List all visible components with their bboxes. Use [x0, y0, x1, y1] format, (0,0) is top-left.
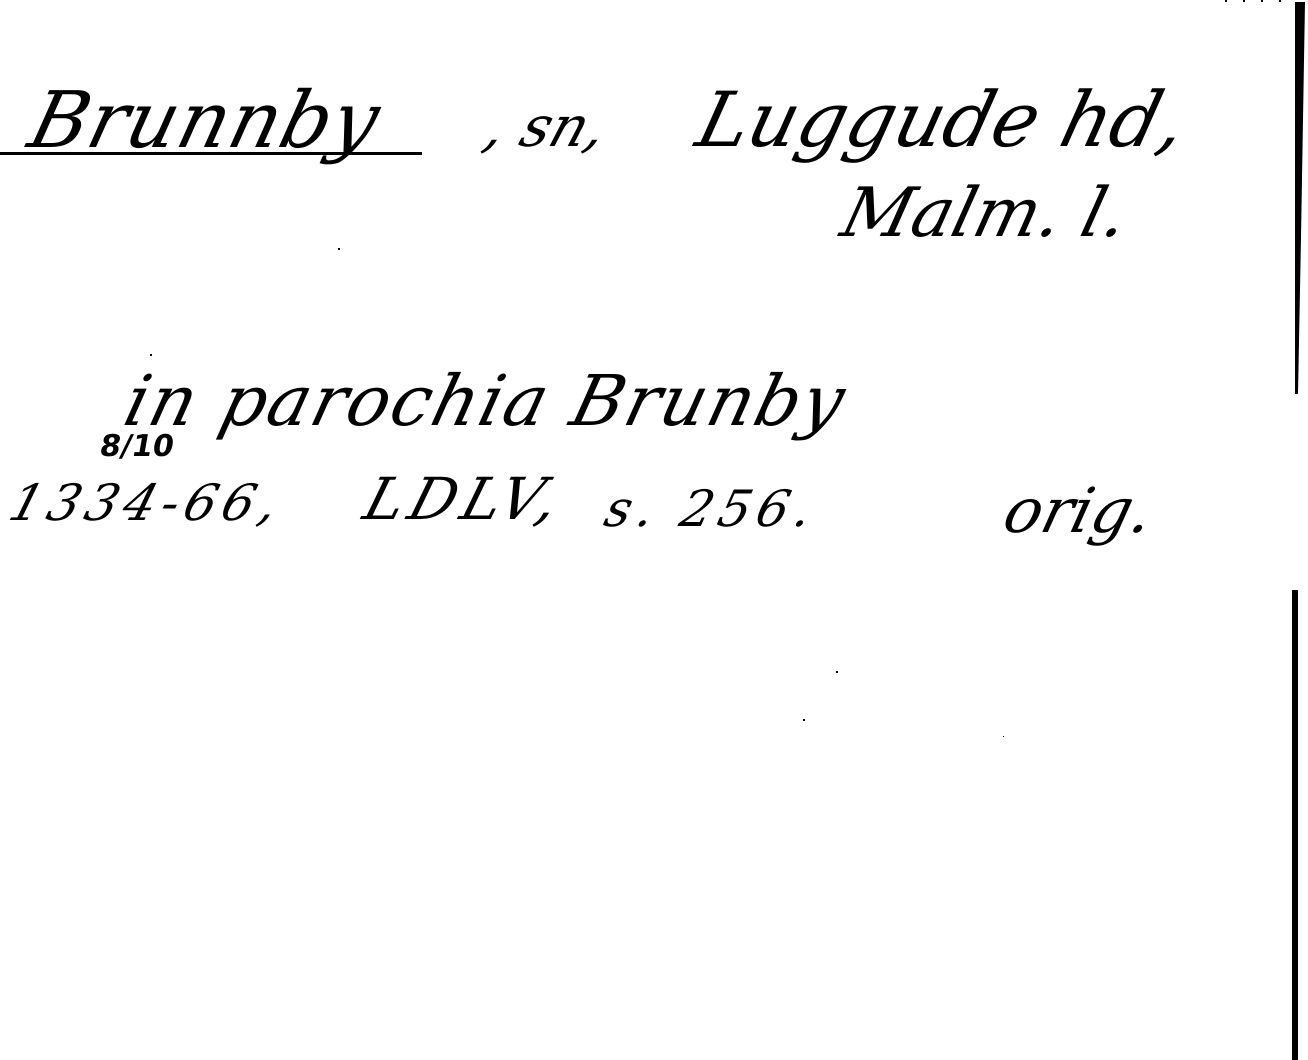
scan-speck — [338, 248, 340, 250]
county: Malm. l. — [835, 180, 1135, 248]
date-superscript: 8/10 — [97, 432, 176, 462]
latin-form: in parochia Brunby — [118, 366, 853, 436]
headword: Brunnby — [22, 82, 388, 160]
scan-speck — [1003, 736, 1004, 737]
scan-edge-bar-bottom — [1292, 590, 1298, 1060]
scan-edge-bar-top — [1295, 2, 1305, 394]
scan-speck — [150, 354, 152, 356]
source-abbreviation: LDLV, — [358, 470, 571, 528]
scan-speck — [803, 719, 805, 721]
page-reference: s. 256. — [600, 484, 823, 534]
type-abbreviation: , sn, — [478, 100, 614, 156]
scan-speck — [836, 671, 838, 673]
original-note: orig. — [998, 480, 1160, 542]
year-range: 1334-66, — [4, 478, 290, 528]
index-card: Brunnby , sn, Luggude hd, Malm. l. in pa… — [0, 0, 1308, 1060]
headword-underline — [0, 152, 422, 155]
district: Luggude hd, — [690, 82, 1194, 158]
scan-edge-marks — [1225, 0, 1295, 2]
